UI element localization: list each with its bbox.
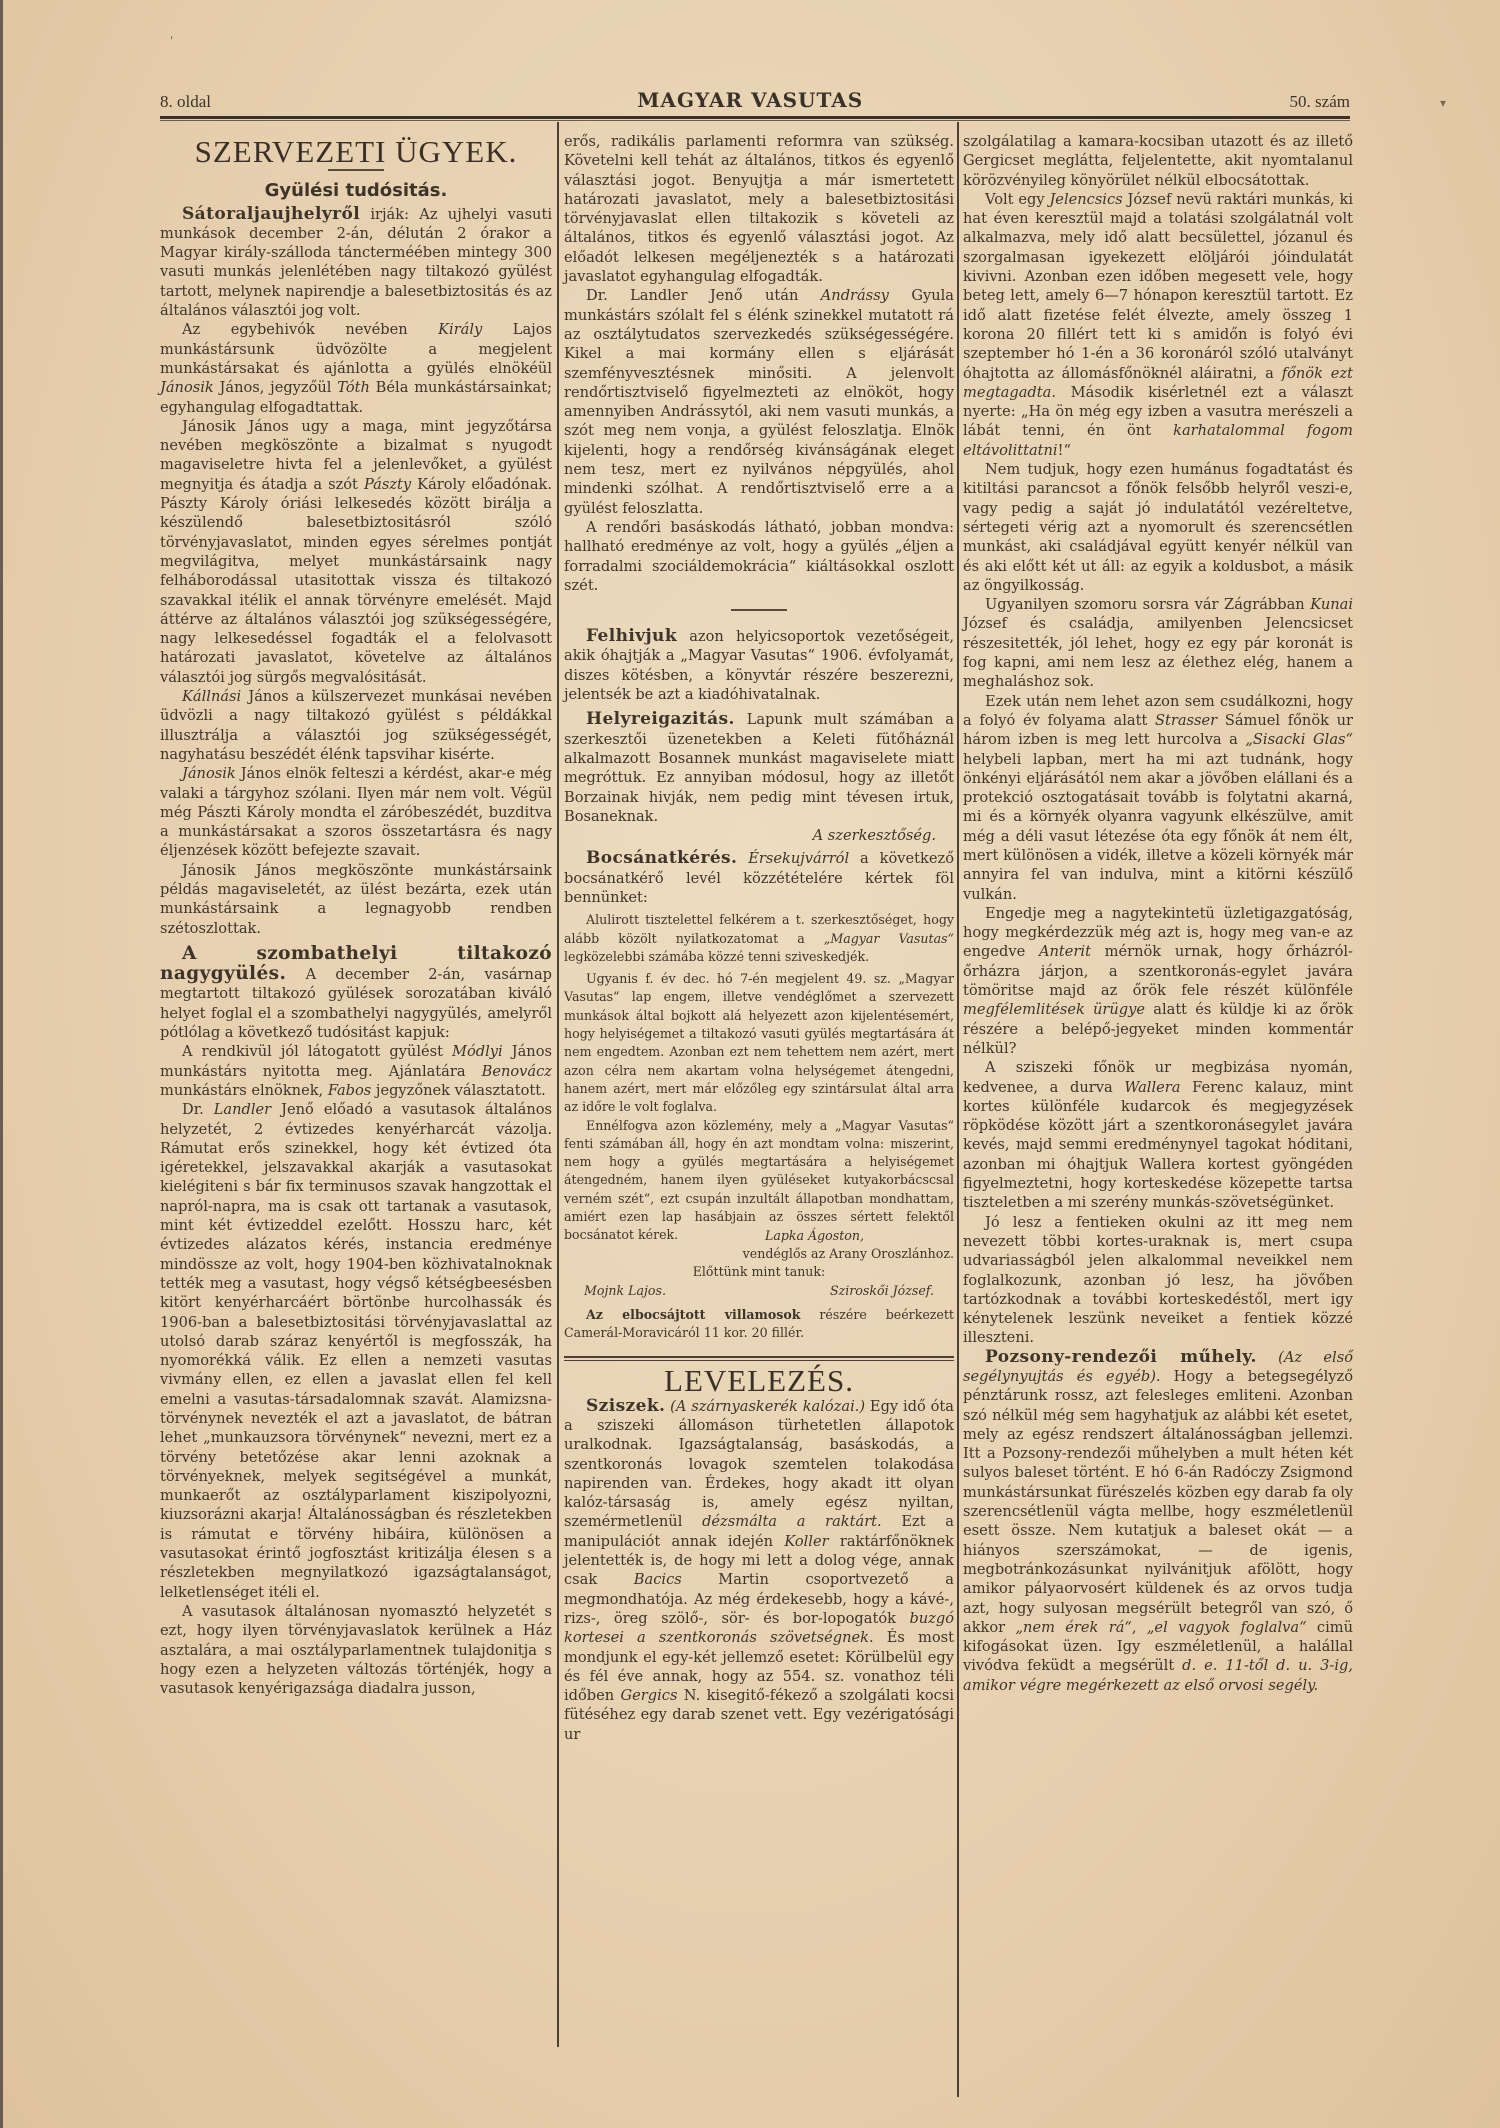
witness-name: Mojnk Lajos. [584,1282,666,1300]
page-header: 8. oldal MAGYAR VASUTAS 50. szám [160,86,1350,112]
publication-title: MAGYAR VASUTAS [637,88,863,112]
paragraph: A szombathelyi tiltakozó nagygyülés. A d… [160,944,552,1042]
page-number: 8. oldal [160,92,211,112]
paragraph: Volt egy Jelencsics József nevü raktári … [963,190,1353,460]
paragraph: A rendőri basáskodás látható, jobban mon… [564,518,954,595]
paragraph: szolgálatilag a kamara-kocsiban utazott … [963,132,1353,190]
paragraph: Dr. Landler Jenő előadó a vasutasok álta… [160,1100,552,1602]
paragraph: Engedje meg a nagytekintetü üzletigazgat… [963,904,1353,1058]
paragraph: Az egybehivók nevében Király Lajos munká… [160,320,552,416]
paragraph: A sziszeki főnök ur megbizása nyomán, ke… [963,1058,1353,1212]
subheading: Gyülési tudósitás. [160,181,552,200]
paragraph: Ezek után nem lehet azon sem csudálkozni… [963,692,1353,904]
header-rule [160,116,1350,119]
scan-page-edge [0,0,3,2128]
paragraph: Jó lesz a fentieken okulni az itt meg ne… [963,1213,1353,1348]
letter-paragraph: Alulirott tisztelettel felkérem a t. sze… [564,911,954,966]
witness-label: Előttünk mint tanuk: [564,1263,954,1281]
column-divider [957,122,959,2097]
paragraph: Sziszek. (A szárnyaskerék kalózai.) Egy … [564,1397,954,1744]
paragraph: erős, radikális parlamenti reformra van … [564,132,954,286]
issue-number: 50. szám [1290,92,1350,112]
paragraph: Jánosik János elnök felteszi a kérdést, … [160,764,552,860]
divider [328,169,384,171]
paragraph: Jánosik János megköszönte munkástársaink… [160,861,552,938]
scan-mark: ▾ [1440,96,1446,110]
paragraph: Pozsony-rendezői műhely. (Az első segély… [963,1348,1353,1695]
column-divider [557,122,559,2047]
paragraph: Ugyanilyen szomoru sorsra vár Zágrábban … [963,595,1353,691]
column-3: szolgálatilag a kamara-kocsiban utazott … [963,132,1353,1695]
notice-paragraph: Felhivjuk azon helyicsoportok vezetősége… [564,627,954,704]
column-1: SZERVEZETI ÜGYEK. Gyülési tudósitás. Sát… [160,132,552,1698]
letter-paragraph: Ugyanis f. év dec. hó 7-én megjelent 49.… [564,970,954,1116]
paragraph: Dr. Landler Jenő után Andrássy Gyula mun… [564,286,954,518]
witness-signatures: Mojnk Lajos. Sziroskői József. [564,1282,954,1300]
paragraph: A vasutasok általánosan nyomasztó helyze… [160,1602,552,1698]
section-title-levelezes: LEVELEZÉS. [564,1371,954,1390]
paragraph: A rendkivül jól látogatott gyülést Módly… [160,1042,552,1100]
paragraph: Sátoraljaujhelyről irják: Az ujhelyi vas… [160,205,552,321]
header-rule-thin [160,120,1350,121]
section-rule [564,1356,954,1361]
paragraph: Jánosik János ugy a maga, mint jegyzőtár… [160,417,552,687]
divider [731,609,787,611]
paragraph: Nem tudjuk, hogy ezen humánus fogadtatás… [963,460,1353,595]
section-title-szervezeti: SZERVEZETI ÜGYEK. [160,142,552,161]
notice-paragraph: Az elbocsájtott villamosok részére beérk… [564,1306,954,1343]
witness-name: Sziroskői József. [830,1282,934,1300]
notice-paragraph: Bocsánatkérés. Érsekujvárról a következő… [564,849,954,907]
scan-mark: ' [170,34,173,48]
column-2: erős, radikális parlamenti reformra van … [564,132,954,1744]
letter-paragraph: Ennélfogva azon közlemény, mely a „Magya… [564,1117,954,1245]
signature: A szerkesztőség. [564,826,954,845]
notice-paragraph: Helyreigazitás. Lapunk mult számában a s… [564,710,954,826]
letter-signature-title: vendéglős az Arany Oroszlánhoz. [564,1245,954,1263]
letter: Alulirott tisztelettel felkérem a t. sze… [564,911,954,1300]
paragraph: Kállnási János a külszervezet munkásai n… [160,687,552,764]
